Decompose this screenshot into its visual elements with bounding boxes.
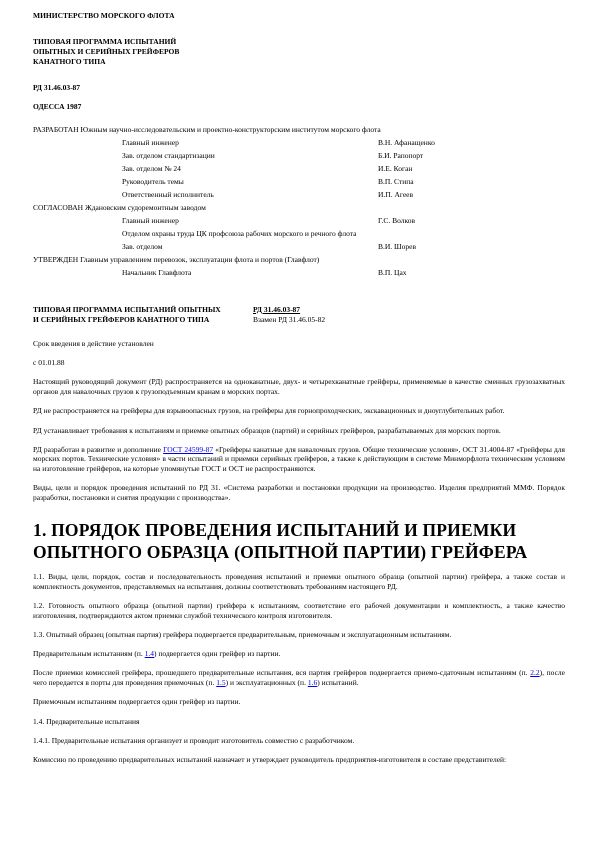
signer-name: И.П. Агеев <box>378 188 565 201</box>
signer-name: В.Н. Афанащенко <box>378 136 565 149</box>
city-year: ОДЕССА 1987 <box>33 102 565 111</box>
signature-row: Ответственный исполнитель И.П. Агеев <box>33 188 565 201</box>
developed-section: РАЗРАБОТАН Южным научно-исследовательски… <box>33 123 565 201</box>
agreed-section: СОГЛАСОВАН Ждановским судоремонтным заво… <box>33 201 565 253</box>
signer-role: Начальник Главфлота <box>122 266 378 279</box>
section-1-heading-line-2: ОПЫТНОГО ОБРАЗЦА (ОПЫТНОЙ ПАРТИИ) ГРЕЙФЕ… <box>33 542 527 562</box>
intro-paragraph-1: Настоящий руководящий документ (РД) расп… <box>33 377 565 396</box>
signer-name: В.П. Цах <box>378 266 565 279</box>
developed-lead: РАЗРАБОТАН Южным научно-исследовательски… <box>33 123 565 136</box>
paragraph-after-acceptance: После приемки комиссией грейфера, прошед… <box>33 668 565 687</box>
clause-1-5-link[interactable]: 1.5 <box>216 678 225 687</box>
intro-paragraph-3: РД устанавливает требования к испытаниям… <box>33 426 565 436</box>
signature-row: Главный инженер Г.С. Волков <box>33 214 565 227</box>
doc-header-title-line-2: И СЕРИЙНЫХ ГРЕЙФЕРОВ КАНАТНОГО ТИПА <box>33 315 253 325</box>
after-segment-4: ) испытаний. <box>317 678 358 687</box>
signature-row: Зав. отделом В.И. Шорев <box>33 240 565 253</box>
doc-header-title-line-1: ТИПОВАЯ ПРОГРАММА ИСПЫТАНИЙ ОПЫТНЫХ <box>33 305 253 315</box>
title-line-2: ОПЫТНЫХ И СЕРИЙНЫХ ГРЕЙФЕРОВ <box>33 47 565 57</box>
title-line-1: ТИПОВАЯ ПРОГРАММА ИСПЫТАНИЙ <box>33 37 565 47</box>
preliminary-before: Предварительным испытаниям (п. <box>33 649 145 658</box>
approved-label: УТВЕРЖДЕН <box>33 255 78 264</box>
paragraph-1-1: 1.1. Виды, цели, порядок, состав и после… <box>33 572 565 591</box>
signer-name: В.И. Шорев <box>378 240 565 253</box>
signer-name: В.П. Стипа <box>378 175 565 188</box>
intro-paragraph-2: РД не распространяется на грейферы для в… <box>33 406 565 416</box>
intro-paragraph-5: Виды, цели и порядок проведения испытани… <box>33 483 565 502</box>
doc-header-code-block: РД 31.46.03-87 Взамен РД 31.46.05-82 <box>253 305 325 325</box>
document-code: РД 31.46.03-87 <box>33 83 565 92</box>
agreed-lead: СОГЛАСОВАН Ждановским судоремонтным заво… <box>33 201 565 214</box>
agreed-org: Ждановским судоремонтным заводом <box>85 203 206 212</box>
approved-org: Главным управлением перевозок, эксплуата… <box>80 255 319 264</box>
approved-section: УТВЕРЖДЕН Главным управлением перевозок,… <box>33 253 565 279</box>
paragraph-1-4-1: 1.4.1. Предварительные испытания организ… <box>33 736 565 746</box>
signer-name: И.Е. Коган <box>378 162 565 175</box>
doc-header-title: ТИПОВАЯ ПРОГРАММА ИСПЫТАНИЙ ОПЫТНЫХ И СЕ… <box>33 305 253 325</box>
title-line-3: КАНАТНОГО ТИПА <box>33 57 565 67</box>
section-1-heading-line-1: 1. ПОРЯДОК ПРОВЕДЕНИЯ ИСПЫТАНИЙ И ПРИЕМК… <box>33 520 516 540</box>
agreed-label: СОГЛАСОВАН <box>33 203 83 212</box>
document-page: МИНИСТЕРСТВО МОРСКОГО ФЛОТА ТИПОВАЯ ПРОГ… <box>0 0 595 842</box>
signer-role: Главный инженер <box>122 136 378 149</box>
effective-date: с 01.01.88 <box>33 358 565 368</box>
paragraph-preliminary: Предварительным испытаниям (п. 1.4) подв… <box>33 649 565 659</box>
effective-label: Срок введения в действие установлен <box>33 339 565 349</box>
signer-role: Зав. отделом № 24 <box>122 162 378 175</box>
paragraph-acceptance: Приемочным испытаниям подвергается один … <box>33 697 565 707</box>
gost-paragraph-before: РД разработан в развитие и дополнение <box>33 445 163 454</box>
signer-role: Главный инженер <box>122 214 378 227</box>
signature-row: Отделом охраны труда ЦК профсоюза рабочи… <box>33 227 565 240</box>
signature-row: Зав. отделом стандартизации Б.И. Рапопор… <box>33 149 565 162</box>
signature-row: Начальник Главфлота В.П. Цах <box>33 266 565 279</box>
signer-role: Ответственный исполнитель <box>122 188 378 201</box>
after-segment-1: После приемки комиссией грейфера, прошед… <box>33 668 530 677</box>
after-segment-3: ) и эксплуатационных (п. <box>226 678 308 687</box>
signer-role: Руководитель темы <box>122 175 378 188</box>
clause-2-2-link[interactable]: 2.2 <box>530 668 539 677</box>
signature-row: Руководитель темы В.П. Стипа <box>33 175 565 188</box>
gost-24599-87-link[interactable]: ГОСТ 24599-87 <box>163 445 213 454</box>
signer-name: Г.С. Волков <box>378 214 565 227</box>
section-1-heading: 1. ПОРЯДОК ПРОВЕДЕНИЯ ИСПЫТАНИЙ И ПРИЕМК… <box>33 519 565 563</box>
paragraph-1-3: 1.3. Опытный образец (опытная партия) гр… <box>33 630 565 640</box>
doc-header-code: РД 31.46.03-87 <box>253 305 300 315</box>
clause-1-4-link[interactable]: 1.4 <box>145 649 154 658</box>
signer-role: Зав. отделом <box>122 240 378 253</box>
signer-role: Отделом охраны труда ЦК профсоюза рабочи… <box>122 227 378 240</box>
developed-org: Южным научно-исследовательским и проектн… <box>80 125 380 134</box>
developed-label: РАЗРАБОТАН <box>33 125 79 134</box>
doc-header-replaces: Взамен РД 31.46.05-82 <box>253 315 325 325</box>
signer-role: Зав. отделом стандартизации <box>122 149 378 162</box>
heading-1-4: 1.4. Предварительные испытания <box>33 717 565 727</box>
signature-row: Зав. отделом № 24 И.Е. Коган <box>33 162 565 175</box>
ministry-line: МИНИСТЕРСТВО МОРСКОГО ФЛОТА <box>33 11 565 20</box>
signer-name: Б.И. Рапопорт <box>378 149 565 162</box>
doc-header: ТИПОВАЯ ПРОГРАММА ИСПЫТАНИЙ ОПЫТНЫХ И СЕ… <box>33 305 565 325</box>
preliminary-after: ) подвергается один грейфер из партии. <box>154 649 280 658</box>
document-title: ТИПОВАЯ ПРОГРАММА ИСПЫТАНИЙ ОПЫТНЫХ И СЕ… <box>33 37 565 67</box>
signer-name <box>378 227 565 240</box>
paragraph-1-2: 1.2. Готовность опытного образца (опытно… <box>33 601 565 620</box>
intro-paragraph-4: РД разработан в развитие и дополнение ГО… <box>33 445 565 474</box>
paragraph-commission: Комиссию по проведению предварительных и… <box>33 755 565 765</box>
signature-row: Главный инженер В.Н. Афанащенко <box>33 136 565 149</box>
approved-lead: УТВЕРЖДЕН Главным управлением перевозок,… <box>33 253 565 266</box>
clause-1-6-link[interactable]: 1.6 <box>308 678 317 687</box>
